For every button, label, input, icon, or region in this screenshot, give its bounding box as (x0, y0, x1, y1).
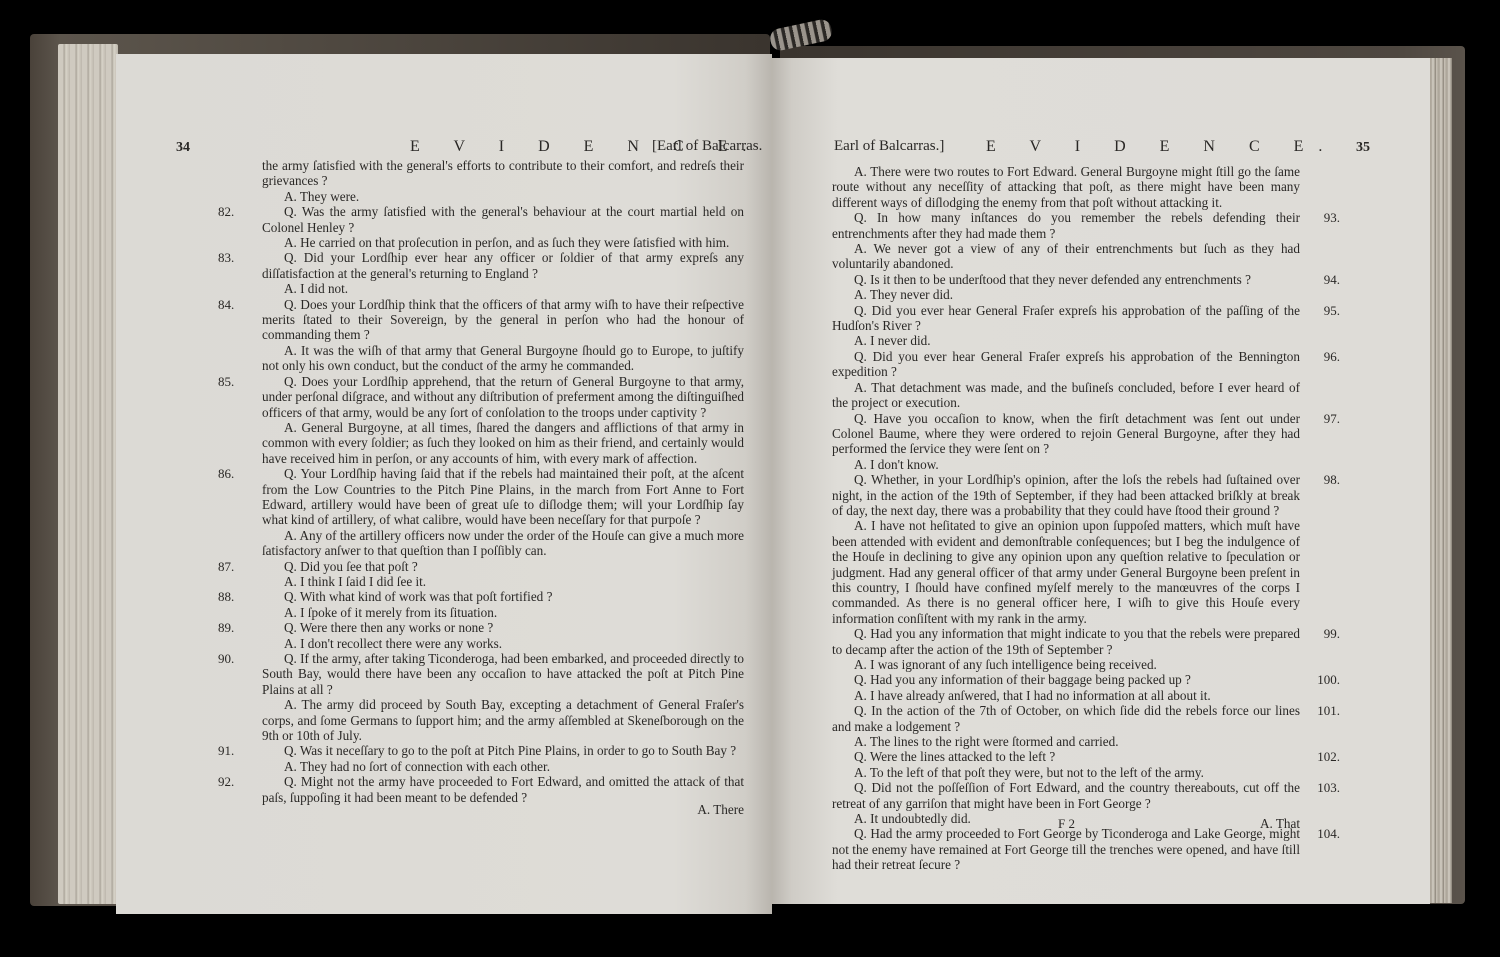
text-paragraph: 103.Q. Did not the poſſeſſion of Fort Ed… (832, 780, 1300, 811)
paragraph-text: A. That detachment was made, and the buſ… (832, 380, 1300, 410)
text-paragraph: A. I never did. (832, 333, 1300, 348)
text-paragraph: A. I have already anſwered, that I had n… (832, 688, 1300, 703)
question-number: 104. (1317, 826, 1340, 841)
text-paragraph: the army ſatisfied with the general's ef… (262, 158, 744, 189)
page-edges-right (1428, 58, 1452, 903)
text-paragraph: 96.Q. Did you ever hear General Fraſer e… (832, 349, 1300, 380)
paragraph-text: Q. Had you any information that might in… (832, 626, 1300, 656)
text-paragraph: 95.Q. Did you ever hear General Fraſer e… (832, 303, 1300, 334)
paragraph-text: A. I have not heſitated to give an opini… (832, 518, 1300, 625)
paragraph-text: Q. Did you ever hear General Fraſer expr… (832, 349, 1300, 379)
question-number: 90. (218, 651, 234, 666)
text-paragraph: A. It was the wiſh of that army that Gen… (262, 343, 744, 374)
page-number: 35 (1356, 140, 1370, 156)
text-paragraph: 83.Q. Did your Lordſhip ever hear any of… (262, 250, 744, 281)
text-paragraph: A. They had no ſort of connection with e… (262, 759, 744, 774)
paragraph-text: Q. In how many inſtances do you remember… (832, 210, 1300, 240)
paragraph-text: A. It undoubtedly did. (854, 811, 971, 826)
text-paragraph: A. He carried on that proſecution in per… (262, 235, 744, 250)
signature-mark: F 2 (1058, 816, 1075, 832)
right-page-body: A. There were two routes to Fort Edward.… (832, 164, 1300, 873)
catchword: A. There (616, 802, 744, 817)
question-number: 89. (218, 620, 234, 635)
text-paragraph: A. I did not. (262, 281, 744, 296)
paragraph-text: Q. Does your Lordſhip think that the off… (262, 297, 744, 343)
question-number: 93. (1324, 210, 1340, 225)
question-number: 103. (1317, 780, 1340, 795)
text-paragraph: 100.Q. Had you any information of their … (832, 672, 1300, 687)
question-number: 86. (218, 466, 234, 481)
running-side-head: Earl of Balcarras.] (834, 138, 944, 155)
paragraph-text: Q. Did you ever hear General Fraſer expr… (832, 303, 1300, 333)
text-paragraph: 98.Q. Whether, in your Lordſhip's opinio… (832, 472, 1300, 518)
text-paragraph: A. That detachment was made, and the buſ… (832, 380, 1300, 411)
text-paragraph: 90.Q. If the army, after taking Ticonder… (262, 651, 744, 697)
text-paragraph: 93.Q. In how many inſtances do you remem… (832, 210, 1300, 241)
text-paragraph: 91.Q. Was it neceſſary to go to the poſt… (262, 743, 744, 758)
paragraph-text: Q. Might not the army have proceeded to … (262, 774, 744, 804)
catchword: A. That (1192, 816, 1300, 831)
paragraph-text: A. I don't know. (854, 457, 939, 472)
paragraph-text: Q. Is it then to be underſtood that they… (854, 272, 1251, 287)
question-number: 98. (1324, 472, 1340, 487)
text-paragraph: 94.Q. Is it then to be underſtood that t… (832, 272, 1300, 287)
text-paragraph: 85.Q. Does your Lordſhip apprehend, that… (262, 374, 744, 420)
paragraph-text: Q. Had the army proceeded to Fort George… (832, 826, 1300, 872)
running-side-head: [Earl of Balcarras. (652, 138, 762, 155)
paragraph-text: A. It was the wiſh of that army that Gen… (262, 343, 744, 373)
text-paragraph: 84.Q. Does your Lordſhip think that the … (262, 297, 744, 343)
text-paragraph: A. The lines to the right were ſtormed a… (832, 734, 1300, 749)
paragraph-text: A. I never did. (854, 333, 931, 348)
text-paragraph: 92.Q. Might not the army have proceeded … (262, 774, 744, 805)
running-title: E V I D E N C E. (986, 138, 1337, 156)
paragraph-text: A. We never got a view of any of their e… (832, 241, 1300, 271)
question-number: 94. (1324, 272, 1340, 287)
paragraph-text: A. I think I ſaid I did ſee it. (284, 574, 426, 589)
text-paragraph: A. Any of the artillery officers now und… (262, 528, 744, 559)
paragraph-text: Q. Have you occaſion to know, when the f… (832, 411, 1300, 457)
question-number: 83. (218, 250, 234, 265)
paragraph-text: A. I don't recollect there were any work… (284, 636, 502, 651)
text-paragraph: A. They never did. (832, 287, 1300, 302)
text-paragraph: A. To the left of that poſt they were, b… (832, 765, 1300, 780)
paragraph-text: Q. Was it neceſſary to go to the poſt at… (284, 743, 736, 758)
text-paragraph: 97.Q. Have you occaſion to know, when th… (832, 411, 1300, 457)
paragraph-text: A. The army did proceed by South Bay, ex… (262, 697, 744, 743)
left-page-body: the army ſatisfied with the general's ef… (262, 158, 744, 805)
page-number: 34 (176, 140, 190, 156)
paragraph-text: Q. Did you ſee that poſt ? (284, 559, 418, 574)
paragraph-text: Q. Were there then any works or none ? (284, 620, 493, 635)
paragraph-text: A. They were. (284, 189, 359, 204)
paragraph-text: Q. Did not the poſſeſſion of Fort Edward… (832, 780, 1300, 810)
paragraph-text: A. They never did. (854, 287, 953, 302)
question-number: 85. (218, 374, 234, 389)
paragraph-text: A. I was ignorant of any ſuch intelligen… (854, 657, 1157, 672)
page-edges-left (58, 44, 118, 904)
paragraph-text: Q. Does your Lordſhip apprehend, that th… (262, 374, 744, 420)
paragraph-text: Q. In the action of the 7th of October, … (832, 703, 1300, 733)
text-paragraph: 87.Q. Did you ſee that poſt ? (262, 559, 744, 574)
text-paragraph: A. There were two routes to Fort Edward.… (832, 164, 1300, 210)
text-paragraph: 104.Q. Had the army proceeded to Fort Ge… (832, 826, 1300, 872)
paragraph-text: A. There were two routes to Fort Edward.… (832, 164, 1300, 210)
paragraph-text: Q. Your Lordſhip having ſaid that if the… (262, 466, 744, 527)
text-paragraph: 99.Q. Had you any information that might… (832, 626, 1300, 657)
question-number: 100. (1317, 672, 1340, 687)
paragraph-text: the army ſatisfied with the general's ef… (262, 158, 744, 188)
paragraph-text: A. I have already anſwered, that I had n… (854, 688, 1211, 703)
paragraph-text: Q. With what kind of work was that poſt … (284, 589, 552, 604)
paragraph-text: Q. Whether, in your Lordſhip's opinion, … (832, 472, 1300, 518)
question-number: 96. (1324, 349, 1340, 364)
text-paragraph: 101.Q. In the action of the 7th of Octob… (832, 703, 1300, 734)
paragraph-text: Q. Had you any information of their bagg… (854, 672, 1191, 687)
paragraph-text: Q. Were the lines attacked to the left ? (854, 749, 1055, 764)
paragraph-text: A. The lines to the right were ſtormed a… (854, 734, 1119, 749)
question-number: 99. (1324, 626, 1340, 641)
text-paragraph: A. I think I ſaid I did ſee it. (262, 574, 744, 589)
text-paragraph: 89.Q. Were there then any works or none … (262, 620, 744, 635)
question-number: 102. (1317, 749, 1340, 764)
text-paragraph: 102.Q. Were the lines attacked to the le… (832, 749, 1300, 764)
question-number: 95. (1324, 303, 1340, 318)
text-paragraph: A. I have not heſitated to give an opini… (832, 518, 1300, 626)
text-paragraph: 82.Q. Was the army ſatisfied with the ge… (262, 204, 744, 235)
question-number: 91. (218, 743, 234, 758)
text-paragraph: A. We never got a view of any of their e… (832, 241, 1300, 272)
question-number: 87. (218, 559, 234, 574)
paragraph-text: A. Any of the artillery officers now und… (262, 528, 744, 558)
question-number: 82. (218, 204, 234, 219)
text-paragraph: 88.Q. With what kind of work was that po… (262, 589, 744, 604)
question-number: 101. (1317, 703, 1340, 718)
text-paragraph: A. I don't recollect there were any work… (262, 636, 744, 651)
left-page: 34 E V I D E N C E. [Earl of Balcarras. … (116, 54, 772, 914)
paragraph-text: A. I ſpoke of it merely from its ſituati… (284, 605, 497, 620)
paragraph-text: A. They had no ſort of connection with e… (284, 759, 550, 774)
paragraph-text: A. To the left of that poſt they were, b… (854, 765, 1204, 780)
right-page: Earl of Balcarras.] E V I D E N C E. 35 … (772, 58, 1430, 904)
paragraph-text: A. General Burgoyne, at all times, ſhare… (262, 420, 744, 466)
text-paragraph: A. I was ignorant of any ſuch intelligen… (832, 657, 1300, 672)
text-paragraph: A. They were. (262, 189, 744, 204)
text-paragraph: A. General Burgoyne, at all times, ſhare… (262, 420, 744, 466)
question-number: 92. (218, 774, 234, 789)
text-paragraph: 86.Q. Your Lordſhip having ſaid that if … (262, 466, 744, 528)
paragraph-text: Q. Was the army ſatisfied with the gener… (262, 204, 744, 234)
text-paragraph: A. The army did proceed by South Bay, ex… (262, 697, 744, 743)
paragraph-text: Q. If the army, after taking Ticonderoga… (262, 651, 744, 697)
paragraph-text: A. He carried on that proſecution in per… (284, 235, 729, 250)
text-paragraph: A. I don't know. (832, 457, 1300, 472)
question-number: 88. (218, 589, 234, 604)
question-number: 97. (1324, 411, 1340, 426)
text-paragraph: A. I ſpoke of it merely from its ſituati… (262, 605, 744, 620)
question-number: 84. (218, 297, 234, 312)
paragraph-text: A. I did not. (284, 281, 348, 296)
paragraph-text: Q. Did your Lordſhip ever hear any offic… (262, 250, 744, 280)
